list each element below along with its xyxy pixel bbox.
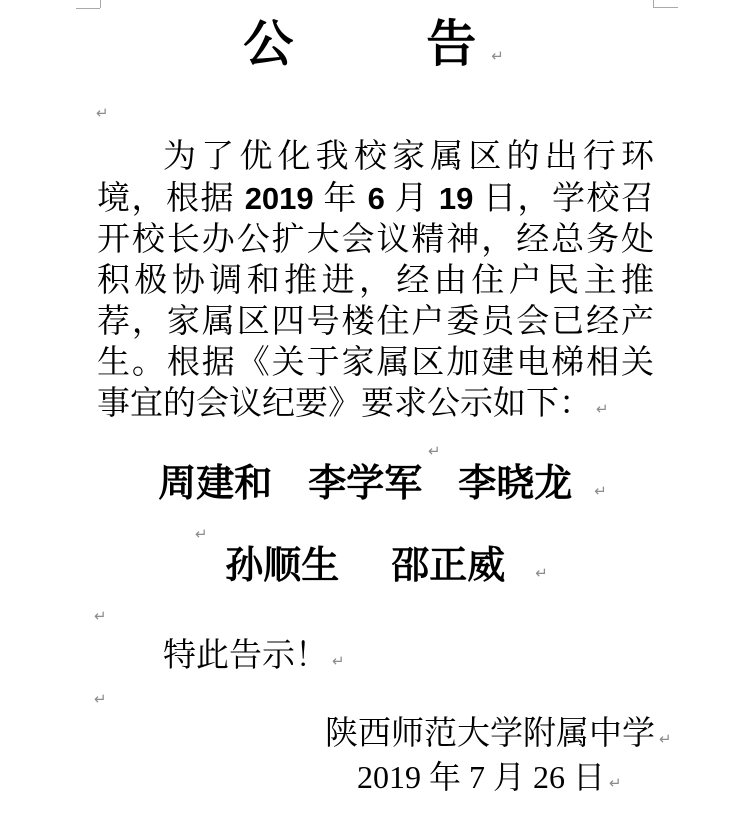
paragraph-mark-icon: ↵: [195, 527, 208, 542]
signature-text: 陕西师范大学附属中学: [325, 716, 655, 752]
margin-crop-mark-top-right: [653, 7, 678, 8]
closing-line: 特此告示！↵: [97, 636, 654, 682]
document-page: 公 告↵ ↵ ↵ ↵ ↵ ↵ 为了优化我校家属区的出行环境，根据 2019 年 …: [0, 0, 747, 823]
paragraph-mark-icon: ↵: [609, 774, 622, 792]
closing-text: 特此告示！: [163, 638, 328, 674]
margin-crop-mark-top-left: [76, 8, 100, 9]
committee-member-name: 李晓龙: [458, 462, 572, 506]
committee-member-name: 周建和: [158, 462, 272, 506]
paragraph-mark-icon: ↵: [332, 652, 345, 670]
paragraph-mark-icon: ↵: [94, 692, 107, 707]
date-text: 2019 年 7 月 26 日: [357, 759, 605, 795]
document-title: 公 告: [243, 16, 487, 72]
signature-line: 陕西师范大学附属中学↵: [325, 714, 672, 759]
margin-crop-mark-top-right: [653, 0, 654, 7]
committee-member-name: 李学军: [308, 462, 422, 506]
paragraph-mark-icon: ↵: [428, 444, 441, 459]
paragraph-mark-icon: ↵: [596, 400, 609, 418]
paragraph-mark-icon: ↵: [96, 106, 109, 121]
committee-member-name: 孙顺生: [225, 544, 339, 588]
paragraph-mark-icon: ↵: [594, 469, 607, 513]
committee-names-row-1: 周建和 李学军 李晓龙 ↵: [0, 462, 747, 513]
date-line: 2019 年 7 月 26 日↵: [357, 757, 622, 803]
paragraph-mark-icon: ↵: [535, 551, 548, 595]
margin-crop-mark-top-left: [100, 0, 101, 8]
committee-member-name: 邵正威: [391, 544, 505, 588]
paragraph-mark-icon: ↵: [659, 730, 672, 748]
paragraph-mark-icon: ↵: [94, 609, 107, 624]
body-paragraph: 为了优化我校家属区的出行环境，根据 2019 年 6 月 19 日，学校召开校长…: [97, 137, 654, 430]
paragraph-mark-icon: ↵: [491, 47, 504, 65]
body-text: 为了优化我校家属区的出行环境，根据 2019 年 6 月 19 日，学校召开校长…: [97, 139, 654, 422]
committee-names-row-2: 孙顺生 邵正威 ↵: [0, 544, 747, 595]
title-row: 公 告↵: [0, 14, 747, 74]
